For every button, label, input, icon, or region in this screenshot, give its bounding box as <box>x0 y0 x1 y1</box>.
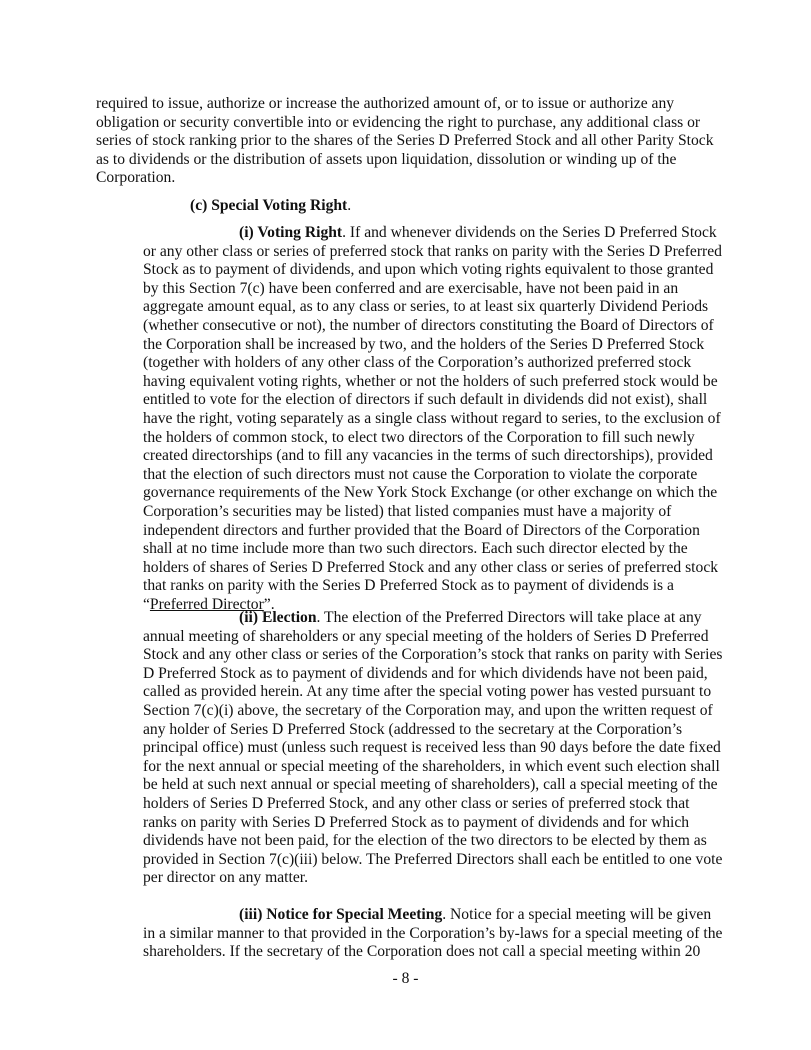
subsection-ii-heading: (ii) Election <box>239 609 317 626</box>
continuation-paragraph: required to issue, authorize or increase… <box>96 95 721 188</box>
subsection-iii-paragraph: (iii) Notice for Special Meeting. Notice… <box>143 906 723 962</box>
section-c-heading: (c) Special Voting Right. <box>190 197 351 216</box>
subsection-iii-heading: (iii) Notice for Special Meeting <box>239 906 442 923</box>
subsection-i-heading: (i) Voting Right <box>239 224 342 241</box>
document-page: required to issue, authorize or increase… <box>0 0 811 1050</box>
subsection-i-paragraph: (i) Voting Right. If and whenever divide… <box>143 224 723 614</box>
subsection-i-body: . If and whenever dividends on the Serie… <box>143 224 722 613</box>
subsection-ii-paragraph: (ii) Election. The election of the Prefe… <box>143 609 723 888</box>
page-number: - 8 - <box>0 970 811 989</box>
section-c-period: . <box>347 197 351 214</box>
section-c-title: (c) Special Voting Right <box>190 197 347 214</box>
subsection-ii-body: . The election of the Preferred Director… <box>143 609 722 886</box>
